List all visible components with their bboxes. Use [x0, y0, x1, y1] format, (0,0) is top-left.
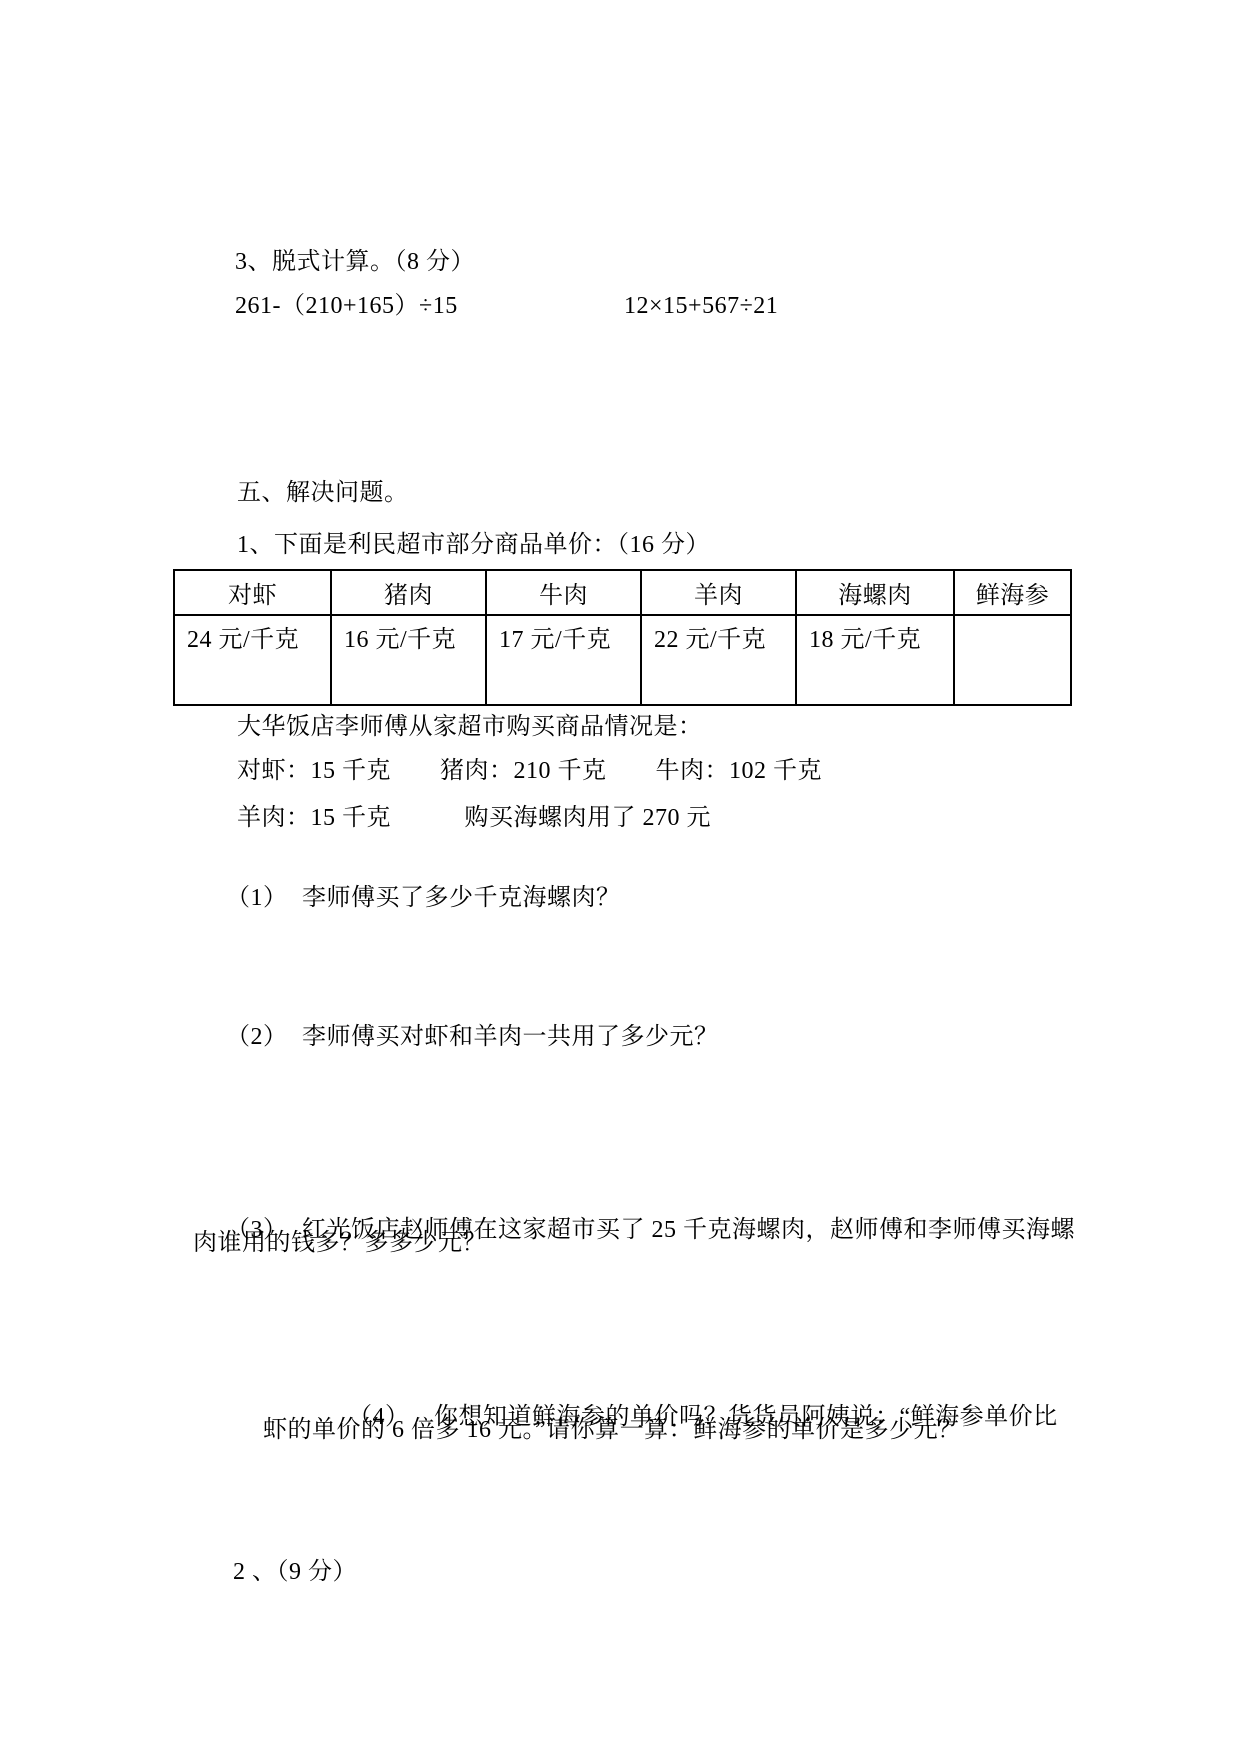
worksheet-page: 3、脱式计算。（8 分） 261-（210+165）÷15 12×15+567÷…	[0, 0, 1241, 1754]
calc-section-heading: 3、脱式计算。（8 分）	[235, 245, 475, 279]
subquestion-2: （2）李师傅买对虾和羊肉一共用了多少元？	[200, 986, 719, 1088]
price-cell-duixia: 24 元/千克	[174, 615, 331, 705]
header-cell-zhurou: 猪肉	[331, 570, 486, 615]
q2-heading: 2 、（9 分）	[233, 1555, 357, 1589]
subquestion-1: （1）李师傅买了多少千克海螺肉？	[200, 847, 621, 949]
price-table-value-row: 24 元/千克 16 元/千克 17 元/千克 22 元/千克 18 元/千克	[174, 615, 1071, 705]
purchase-intro: 大华饭店李师傅从家超市购买商品情况是：	[237, 710, 703, 744]
subquestion-1-text: 李师傅买了多少千克海螺肉？	[302, 885, 621, 911]
header-cell-duixia: 对虾	[174, 570, 331, 615]
subquestion-3-text-line-2: 肉谁用的钱多？多多少元？	[193, 1226, 487, 1260]
subquestion-1-number: （1）	[226, 881, 302, 915]
q1-intro: 1、下面是利民超市部分商品单价：（16 分）	[237, 528, 710, 562]
subquestion-2-number: （2）	[226, 1020, 302, 1054]
price-table-header-row: 对虾 猪肉 牛肉 羊肉 海螺肉 鲜海参	[174, 570, 1071, 615]
price-table: 对虾 猪肉 牛肉 羊肉 海螺肉 鲜海参 24 元/千克 16 元/千克 17 元…	[173, 569, 1072, 706]
calc-expression-2: 12×15+567÷21	[624, 289, 778, 323]
header-cell-niurou: 牛肉	[486, 570, 641, 615]
subquestion-4-text-line-2: 虾的单价的 6 倍多 16 元。”请你算一算：鲜海参的单价是多少元？	[263, 1413, 963, 1447]
price-cell-yangrou: 22 元/千克	[641, 615, 796, 705]
solve-section-heading: 五、解决问题。	[237, 476, 409, 510]
price-cell-hailuorou: 18 元/千克	[796, 615, 954, 705]
price-cell-zhurou: 16 元/千克	[331, 615, 486, 705]
purchase-line-1: 对虾：15 千克 猪肉：210 千克 牛肉：102 千克	[237, 754, 822, 788]
subquestion-2-text: 李师傅买对虾和羊肉一共用了多少元？	[302, 1024, 719, 1050]
header-cell-hailuorou: 海螺肉	[796, 570, 954, 615]
header-cell-yangrou: 羊肉	[641, 570, 796, 615]
header-cell-xianhaishen: 鲜海参	[954, 570, 1071, 615]
purchase-line-2: 羊肉：15 千克 购买海螺肉用了 270 元	[237, 801, 711, 835]
price-cell-niurou: 17 元/千克	[486, 615, 641, 705]
price-cell-xianhaishen-empty	[954, 615, 1071, 705]
calc-expression-1: 261-（210+165）÷15	[235, 289, 458, 323]
